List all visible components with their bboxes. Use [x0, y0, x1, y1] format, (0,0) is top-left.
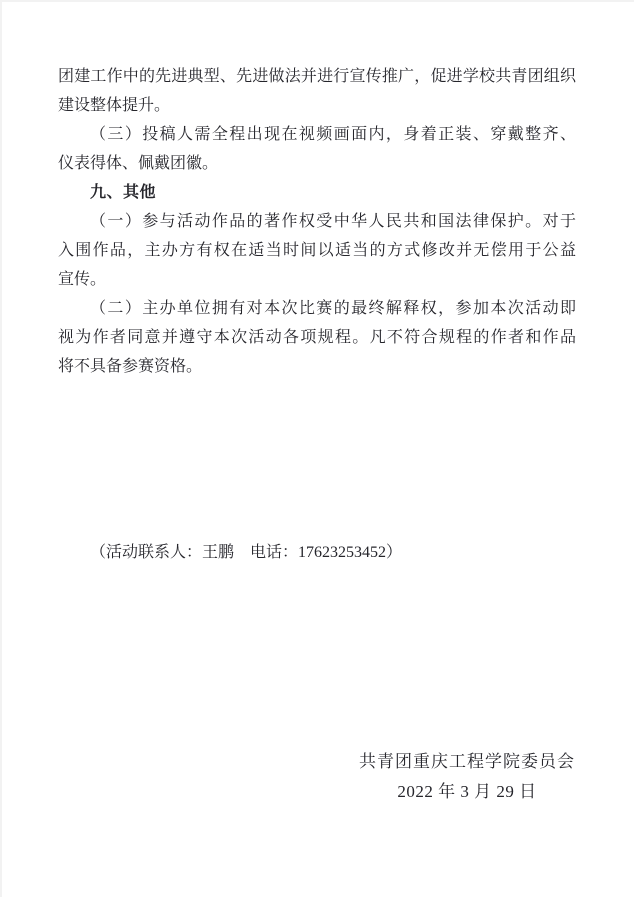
vertical-gap — [58, 567, 576, 747]
text-line: （一）参与活动作品的著作权受中华人民共和国法律保护。对于 — [58, 207, 576, 236]
text-line: （二）主办单位拥有对本次比赛的最终解释权，参加本次活动即 — [58, 294, 576, 323]
issue-date: 2022 年 3 月 29 日 — [359, 777, 575, 807]
text-line: 团建工作中的先进典型、先进做法并进行宣传推广，促进学校共青团组织 — [58, 62, 576, 91]
text-line: 入围作品，主办方有权在适当时间以适当的方式修改并无偿用于公益 — [58, 236, 576, 265]
organization-name: 共青团重庆工程学院委员会 — [359, 747, 575, 777]
text-line: 视为作者同意并遵守本次活动各项规程。凡不符合规程的作者和作品 — [58, 323, 576, 352]
text-line: 将不具备参赛资格。 — [58, 352, 576, 381]
paragraph-continuation: 团建工作中的先进典型、先进做法并进行宣传推广，促进学校共青团组织 建设整体提升。 — [58, 62, 576, 120]
text-line: （活动联系人：王鹏 电话：17623253452） — [58, 538, 576, 567]
paragraph-item-3: （三）投稿人需全程出现在视频画面内，身着正装、穿戴整齐、 仪表得体、佩戴团徽。 — [58, 120, 576, 178]
text-line: 仪表得体、佩戴团徽。 — [58, 149, 576, 178]
signature-block: 共青团重庆工程学院委员会 2022 年 3 月 29 日 — [359, 747, 575, 807]
paragraph-item-2: （二）主办单位拥有对本次比赛的最终解释权，参加本次活动即 视为作者同意并遵守本次… — [58, 294, 576, 381]
document-page: 团建工作中的先进典型、先进做法并进行宣传推广，促进学校共青团组织 建设整体提升。… — [0, 0, 634, 897]
vertical-gap — [58, 381, 576, 538]
section-heading-other: 九、其他 — [58, 178, 576, 207]
text-line: （三）投稿人需全程出现在视频画面内，身着正装、穿戴整齐、 — [58, 120, 576, 149]
paragraph-item-1: （一）参与活动作品的著作权受中华人民共和国法律保护。对于 入围作品，主办方有权在… — [58, 207, 576, 294]
text-line: 建设整体提升。 — [58, 91, 576, 120]
contact-line: （活动联系人：王鹏 电话：17623253452） — [58, 538, 576, 567]
text-line: 宣传。 — [58, 265, 576, 294]
